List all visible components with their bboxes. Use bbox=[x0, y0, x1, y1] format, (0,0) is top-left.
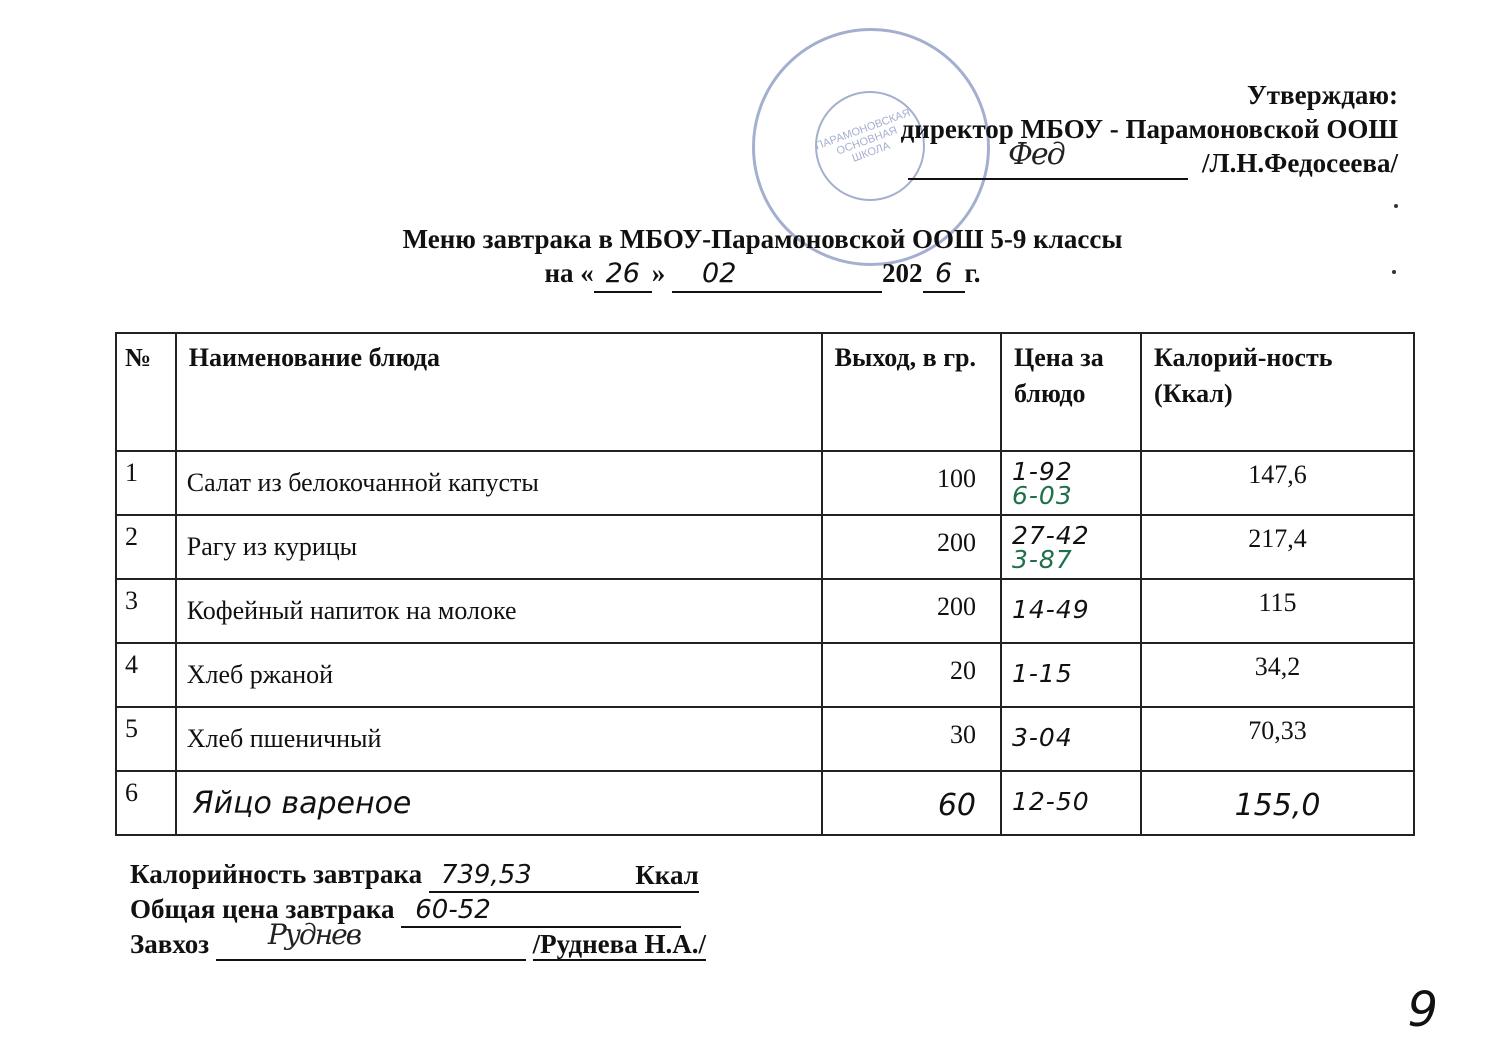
price-cell: 3-04 bbox=[1001, 707, 1141, 771]
table-row: 2Рагу из курицы20027-423-87217,4 bbox=[116, 515, 1414, 579]
yield-cell: 200 bbox=[822, 579, 1001, 643]
table-row: 1Салат из белокочанной капусты1001-926-0… bbox=[116, 451, 1414, 515]
calories-field: 739,53 Ккал bbox=[429, 859, 699, 893]
manager-name: /Руднева Н.А./ bbox=[533, 929, 706, 961]
summary-block: Калорийность завтрака 739,53 Ккал Общая … bbox=[130, 858, 706, 961]
price-extra-value: 6-03 bbox=[1012, 484, 1130, 508]
date-prefix: на « bbox=[544, 258, 593, 288]
table-row: 6Яйцо вареное6012-50155,0 bbox=[116, 771, 1414, 835]
price-extra-value: 3-87 bbox=[1012, 548, 1130, 572]
calories-cell: 70,33 bbox=[1141, 707, 1414, 771]
calories-value: 217,4 bbox=[1152, 516, 1403, 554]
dish-name-cell: Хлеб пшеничный bbox=[176, 707, 822, 771]
yield-value: 200 bbox=[833, 580, 976, 622]
price-value: 27-42 bbox=[1012, 516, 1130, 548]
yield-cell: 30 bbox=[822, 707, 1001, 771]
row-number: 4 bbox=[116, 643, 176, 707]
summary-calories-row: Калорийность завтрака 739,53 Ккал bbox=[130, 858, 706, 893]
price-value: 12-50 bbox=[1012, 772, 1130, 814]
table-row: 4Хлеб ржаной201-1534,2 bbox=[116, 643, 1414, 707]
price-cell: 1-926-03 bbox=[1001, 451, 1141, 515]
calories-value: 70,33 bbox=[1152, 708, 1403, 746]
row-number: 3 bbox=[116, 579, 176, 643]
price-value: 14-49 bbox=[1012, 580, 1130, 622]
date-year-prefix: 202 bbox=[882, 258, 923, 288]
yield-value: 20 bbox=[833, 644, 976, 686]
row-number: 1 bbox=[116, 451, 176, 515]
approval-block: Утверждаю: директор МБОУ - Парамоновской… bbox=[901, 78, 1398, 180]
signature-line: Фед bbox=[908, 150, 1188, 180]
row-number: 5 bbox=[116, 707, 176, 771]
yield-cell: 100 bbox=[822, 451, 1001, 515]
calories-cell: 217,4 bbox=[1141, 515, 1414, 579]
header-yield: Выход, в гр. bbox=[822, 333, 1001, 451]
header-calories: Калорий-ность (Ккал) bbox=[1141, 333, 1414, 451]
yield-value: 100 bbox=[833, 452, 976, 494]
dish-name: Хлеб пшеничный bbox=[187, 708, 811, 754]
calories-cell: 115 bbox=[1141, 579, 1414, 643]
calories-value: 147,6 bbox=[1152, 452, 1403, 490]
approval-signature-row: Фед /Л.Н.Федосеева/ bbox=[901, 146, 1398, 180]
yield-cell: 20 bbox=[822, 643, 1001, 707]
header-price: Цена за блюдо bbox=[1001, 333, 1141, 451]
dish-name-cell: Яйцо вареное bbox=[176, 771, 822, 835]
date-year-suffix: 6 bbox=[923, 257, 965, 293]
summary-price-row: Общая цена завтрака 60-52 bbox=[130, 893, 706, 928]
yield-value: 200 bbox=[833, 516, 976, 558]
calories-cell: 34,2 bbox=[1141, 643, 1414, 707]
calories-cell: 155,0 bbox=[1141, 771, 1414, 835]
dish-name-cell: Рагу из курицы bbox=[176, 515, 822, 579]
table-row: 3Кофейный напиток на молоке20014-49115 bbox=[116, 579, 1414, 643]
yield-cell: 200 bbox=[822, 515, 1001, 579]
dish-name: Кофейный напиток на молоке bbox=[187, 580, 811, 626]
price-cell: 12-50 bbox=[1001, 771, 1141, 835]
dish-name: Рагу из курицы bbox=[187, 516, 811, 562]
summary-manager-row: Завхоз Руднев /Руднева Н.А./ bbox=[130, 928, 706, 961]
calories-label: Калорийность завтрака bbox=[130, 859, 422, 889]
calories-value: 115 bbox=[1152, 580, 1403, 618]
row-number: 2 bbox=[116, 515, 176, 579]
dish-name: Хлеб ржаной bbox=[187, 644, 811, 690]
approval-position: директор МБОУ - Парамоновской ООШ bbox=[901, 112, 1398, 146]
calories-value: 34,2 bbox=[1152, 644, 1403, 682]
dish-name-cell: Хлеб ржаной bbox=[176, 643, 822, 707]
menu-table: № Наименование блюда Выход, в гр. Цена з… bbox=[115, 332, 1415, 836]
mark-dot bbox=[1394, 204, 1398, 208]
calories-value: 739,53 bbox=[429, 860, 532, 890]
header-dish-name: Наименование блюда bbox=[176, 333, 822, 451]
approval-heading: Утверждаю: bbox=[901, 78, 1398, 112]
price-cell: 14-49 bbox=[1001, 579, 1141, 643]
price-value: 3-04 bbox=[1012, 708, 1130, 750]
manager-signature: Руднев bbox=[268, 919, 360, 951]
dish-name: Яйцо вареное bbox=[187, 772, 811, 821]
date-month: 02 bbox=[672, 257, 882, 293]
title-line: Меню завтрака в МБОУ-Парамоновской ООШ 5… bbox=[0, 222, 1500, 256]
director-name: /Л.Н.Федосеева/ bbox=[1202, 148, 1398, 178]
price-value: 1-92 bbox=[1012, 452, 1130, 484]
manager-signature-line: Руднев bbox=[216, 929, 526, 961]
director-signature: Фед bbox=[1008, 138, 1064, 172]
dish-name-cell: Салат из белокочанной капусты bbox=[176, 451, 822, 515]
price-value: 1-15 bbox=[1012, 644, 1130, 686]
date-end: г. bbox=[965, 258, 981, 288]
price-cell: 1-15 bbox=[1001, 643, 1141, 707]
yield-cell: 60 bbox=[822, 771, 1001, 835]
row-number: 6 bbox=[116, 771, 176, 835]
manager-label: Завхоз bbox=[130, 929, 209, 959]
date-mid: » bbox=[652, 258, 666, 288]
table-row: 5Хлеб пшеничный303-0470,33 bbox=[116, 707, 1414, 771]
table-header-row: № Наименование блюда Выход, в гр. Цена з… bbox=[116, 333, 1414, 451]
header-number: № bbox=[116, 333, 176, 451]
document-title: Меню завтрака в МБОУ-Парамоновской ООШ 5… bbox=[0, 222, 1500, 293]
dish-name: Салат из белокочанной капусты bbox=[187, 452, 811, 498]
page-number: 9 bbox=[1407, 982, 1438, 1038]
date-day: 26 bbox=[594, 257, 652, 293]
yield-value: 30 bbox=[833, 708, 976, 750]
total-price-value: 60-52 bbox=[401, 894, 681, 928]
dish-name-cell: Кофейный напиток на молоке bbox=[176, 579, 822, 643]
title-date: на «26» 022026г. bbox=[0, 256, 1500, 293]
calories-cell: 147,6 bbox=[1141, 451, 1414, 515]
yield-value: 60 bbox=[833, 772, 976, 823]
price-cell: 27-423-87 bbox=[1001, 515, 1141, 579]
calories-value: 155,0 bbox=[1152, 772, 1403, 823]
calories-unit: Ккал bbox=[635, 859, 699, 891]
